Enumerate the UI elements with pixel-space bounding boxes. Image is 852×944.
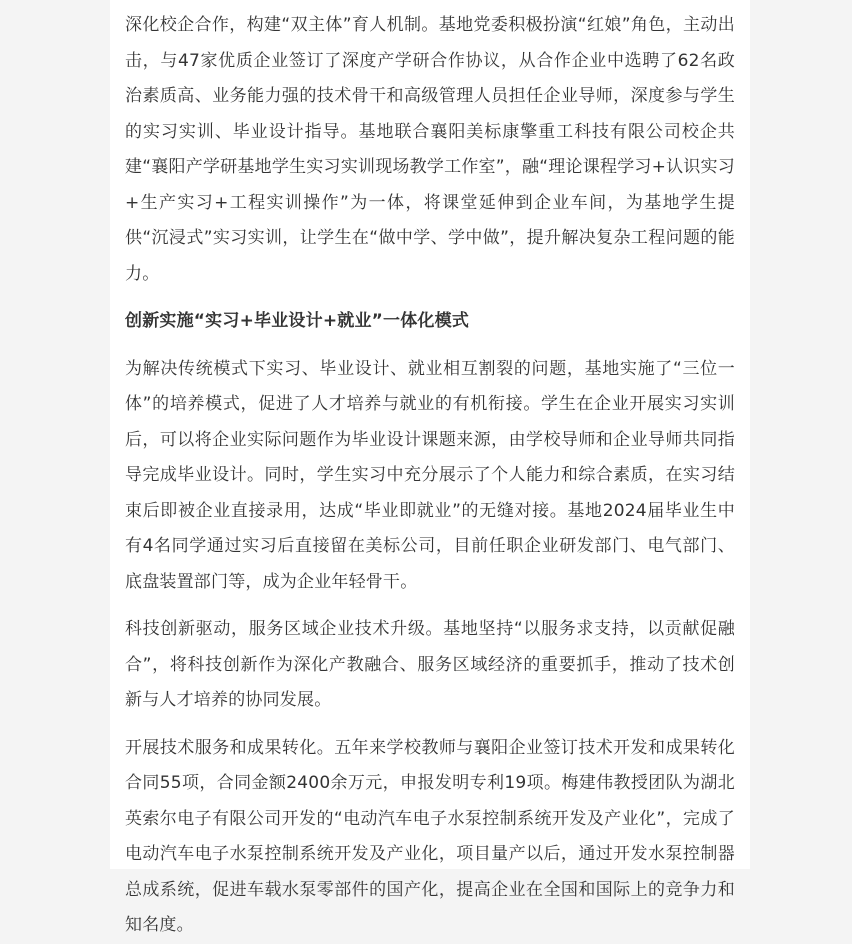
- paragraph-three-in-one-model: 为解决传统模式下实习、毕业设计、就业相互割裂的问题，基地实施了“三位一体”的培养…: [125, 352, 735, 601]
- paragraph-tech-services: 开展技术服务和成果转化。五年来学校教师与襄阳企业签订技术开发和成果转化合同55项…: [125, 731, 735, 870]
- section-heading-integrated-model: 创新实施“实习+毕业设计+就业”一体化模式: [125, 304, 735, 340]
- article-page: 深化校企合作，构建“双主体”育人机制。基地党委积极扮演“红娘”角色，主动出击，与…: [110, 0, 750, 869]
- paragraph-school-enterprise-cooperation: 深化校企合作，构建“双主体”育人机制。基地党委积极扮演“红娘”角色，主动出击，与…: [125, 8, 735, 292]
- article-body: 深化校企合作，构建“双主体”育人机制。基地党委积极扮演“红娘”角色，主动出击，与…: [125, 8, 735, 869]
- paragraph-tech-innovation: 科技创新驱动，服务区域企业技术升级。基地坚持“以服务求支持，以贡献促融合”，将科…: [125, 612, 735, 719]
